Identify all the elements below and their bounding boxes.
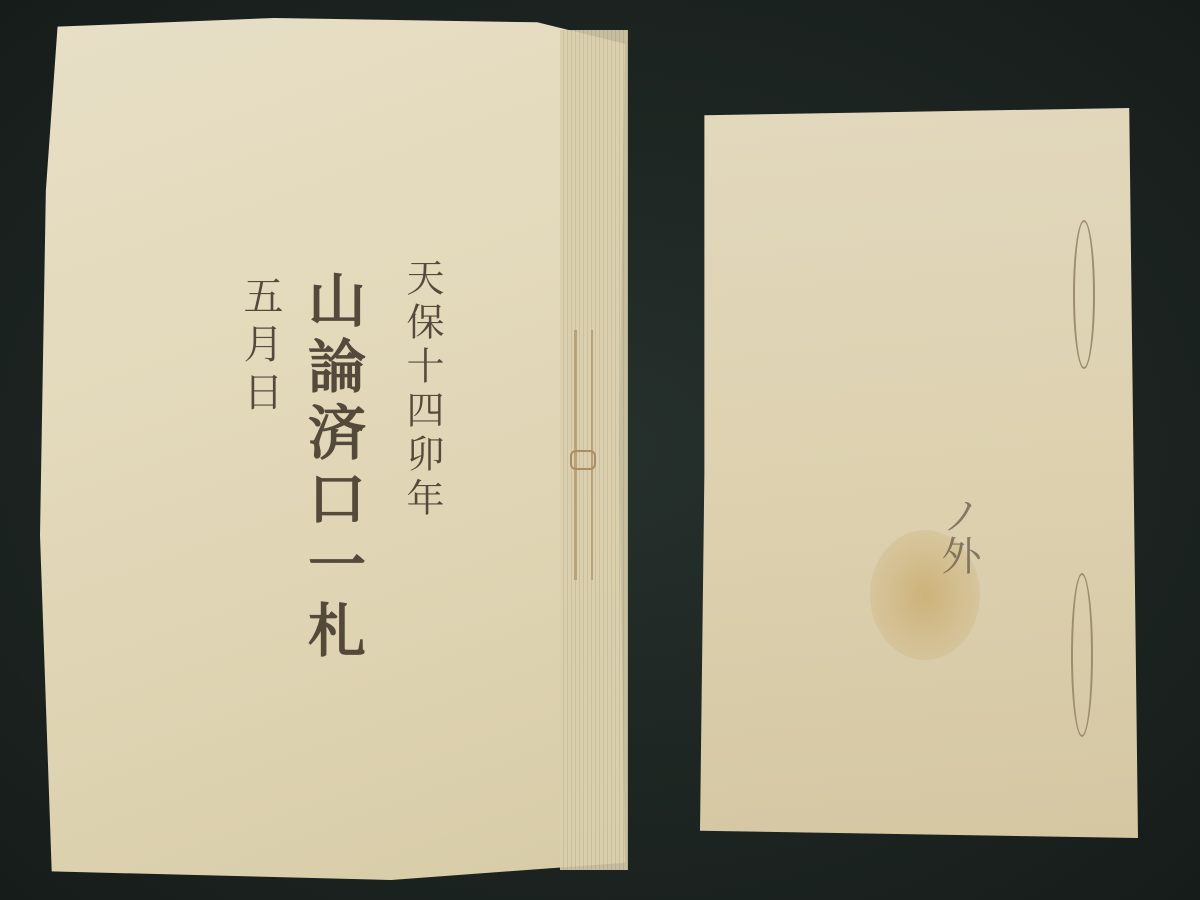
binding-stitch-bottom: [1071, 573, 1093, 737]
right-document-marks: ノ外: [930, 495, 987, 575]
inscription-title: 山論済口一札: [290, 270, 374, 666]
inscription-month: 五月日: [232, 275, 289, 419]
left-document-page-edges: [560, 30, 628, 870]
inscription-date: 天保十四卯年: [395, 258, 450, 522]
binding-knot: [570, 450, 596, 470]
binding-stitch-top: [1073, 220, 1095, 369]
right-document: [700, 108, 1138, 838]
